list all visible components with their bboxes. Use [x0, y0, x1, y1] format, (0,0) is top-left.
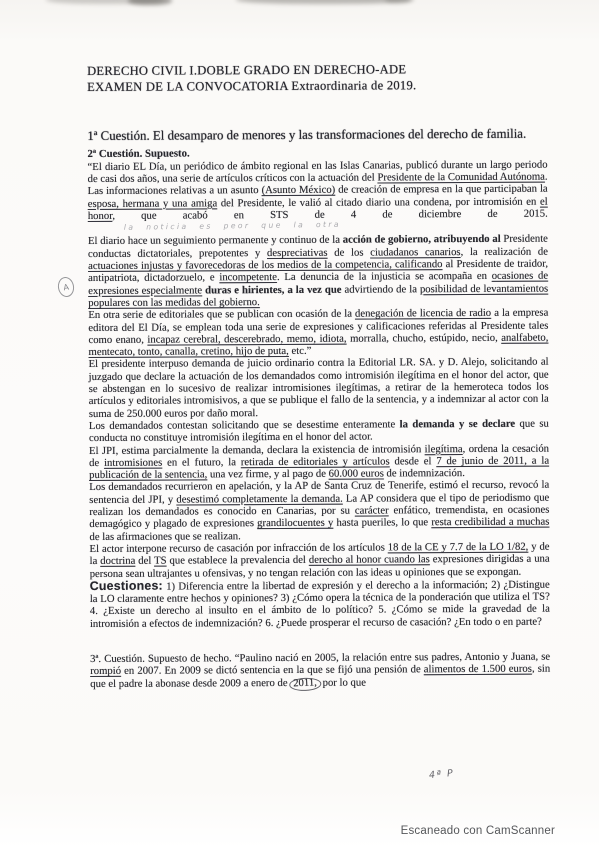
text-segment: en el futuro, la	[162, 456, 241, 468]
text-segment: morralla, chucho, estúpido, necio,	[347, 332, 502, 345]
question-2-facts-8: El actor interpone recurso de casación p…	[90, 540, 550, 579]
text-segment: retirada de editoriales y artículos	[241, 455, 390, 468]
text-segment: despreciativas	[267, 247, 328, 259]
document-content: DERECHO CIVIL I.DOBLE GRADO EN DERECHO-A…	[87, 61, 550, 691]
text-segment: de creación de empresa en la que partici…	[335, 183, 548, 196]
scanned-page: DERECHO CIVIL I.DOBLE GRADO EN DERECHO-A…	[0, 0, 599, 848]
text-segment: incompetente	[219, 271, 277, 283]
text-segment: una vez firme, y al pago de	[207, 468, 328, 481]
question-2-facts-1: “El diario EL Día, un periódico de ámbit…	[88, 158, 548, 235]
text-segment: etc.”	[289, 345, 312, 357]
text-segment: incapaz cerebral, descerebrado, memo, id…	[147, 333, 346, 346]
text-segment: duras e hirientes, a la vez que	[205, 283, 341, 296]
text-segment: TS	[154, 555, 167, 567]
text-segment: , la realización de	[461, 245, 548, 257]
text-segment: acción de gobierno, atribuyendo al	[343, 233, 501, 246]
question-1-heading: 1ª Cuestión. El desamparo de menores y l…	[87, 127, 547, 145]
text-segment: de los	[328, 246, 371, 258]
text-segment: El presidente interpuso demanda de juici…	[89, 356, 549, 420]
text-segment: carácter	[355, 504, 389, 516]
text-segment: El actor interpone recurso de casación p…	[90, 541, 388, 555]
text-segment: doctrina	[100, 555, 135, 567]
text-segment: intromisiones	[104, 456, 162, 468]
question-2-facts-6: El JPI, estima parcialmente la demanda, …	[89, 442, 549, 481]
text-segment: 1ª Cuestión. El desamparo de menores y l…	[87, 127, 526, 143]
question-2-facts-5: Los demandados contestan solicitando que…	[89, 418, 549, 445]
text-segment: alimentos de 1.500 euros	[424, 663, 532, 676]
handwritten-note-below-circle: 4ª P	[429, 768, 455, 781]
text-segment: hasta pueriles, lo que	[333, 517, 431, 530]
text-segment: El diario hace un seguimiento permanente…	[88, 234, 343, 247]
text-segment: ciudadanos canarios	[370, 246, 460, 258]
question-2-facts-3: En otra serie de editoriales que se publ…	[88, 307, 548, 359]
question-3-facts: 3ª. Cuestión. Supuesto de hecho. “Paulin…	[90, 651, 550, 692]
text-segment: en 2007. En 2009 se dictó sentencia en l…	[121, 664, 424, 678]
text-segment: Cuestiones:	[90, 578, 163, 592]
text-segment: de indemnización.	[384, 467, 465, 479]
text-segment: ilegítima	[425, 443, 463, 455]
text-segment: de las afirmaciones que se realizan.	[89, 530, 240, 543]
text-segment: resta credibilidad a muchas	[431, 516, 549, 529]
scan-artifact-smudge	[128, 0, 172, 5]
text-segment: esposa, hermana y una amiga	[88, 197, 217, 210]
circled-text: 2011,	[289, 677, 321, 691]
question-2-facts-4: El presidente interpuso demanda de juici…	[89, 356, 549, 420]
text-segment: la demanda y se declare	[400, 418, 516, 431]
text-segment: del	[135, 555, 154, 567]
margin-letter: A	[63, 282, 70, 292]
text-segment: 18 de la CE y 7.7 de la LO 1/82,	[388, 541, 529, 554]
text-segment: (Asunto México)	[262, 184, 336, 196]
handwritten-margin-circle: A	[56, 276, 75, 298]
text-segment: grandilocuentes y	[257, 517, 333, 529]
scanner-credit: Escaneado con CamScanner	[401, 825, 555, 837]
text-segment: rompió	[90, 665, 121, 677]
question-2-questions: Cuestiones: 1) Diferencia entre la liber…	[90, 577, 550, 630]
question-2-facts-2: El diario hace un seguimiento permanente…	[88, 233, 548, 309]
text-segment: 60.000 euros	[329, 468, 384, 480]
question-2-facts-7: Los demandados recurrieron en apelación,…	[89, 479, 549, 543]
text-segment: Presidente de la Comunidad Autónoma	[377, 171, 545, 184]
text-segment: desde el	[390, 455, 437, 467]
text-segment: por lo que	[320, 676, 366, 688]
document-body: 1ª Cuestión. El desamparo de menores y l…	[87, 127, 550, 691]
text-segment: denegación de licencia de radio	[355, 307, 491, 320]
text-segment: desestimó completamente la demanda.	[176, 492, 342, 505]
text-segment: que establece la prevalencia del	[167, 554, 309, 567]
document-subtitle: EXAMEN DE LA CONVOCATORIA Extraordinaria…	[87, 77, 547, 95]
text-segment: En otra serie de editoriales que se publ…	[88, 308, 355, 321]
text-segment: . La denuncia de la injusticia se acompa…	[277, 270, 492, 283]
text-segment: advirtiendo de la	[341, 283, 419, 295]
text-segment: derecho al honor cuando las	[309, 553, 430, 566]
handwritten-inline-note: la noticia es peor que la otra	[124, 219, 341, 234]
text-segment: 2ª Cuestión. Supuesto.	[87, 148, 189, 161]
